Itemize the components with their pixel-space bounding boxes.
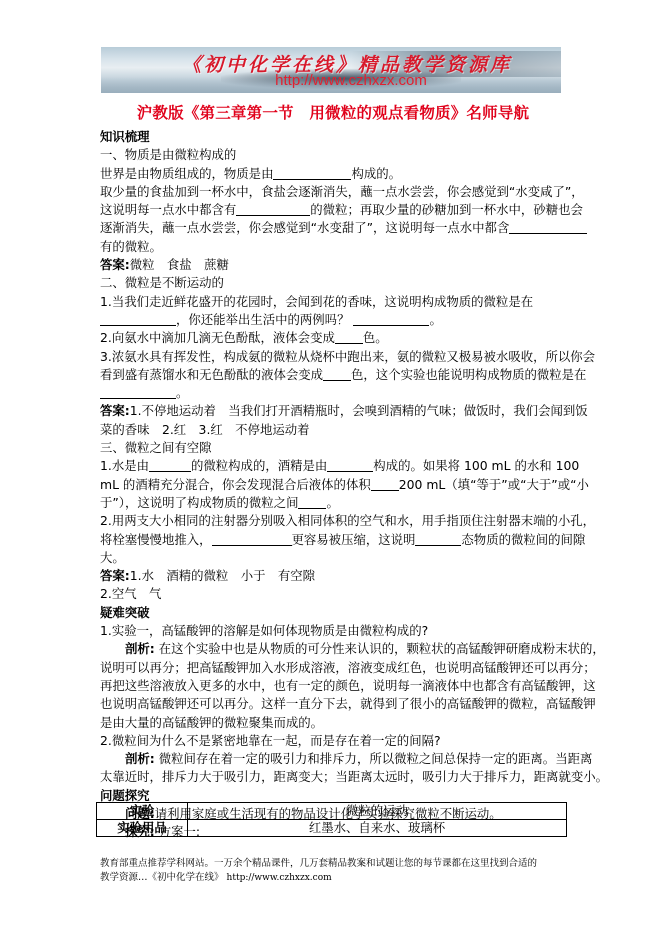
- analysis-line: 是由大量的高锰酸钾的微粒聚集而成的。: [100, 714, 570, 732]
- table-key-cell: 实验用品: [97, 820, 188, 837]
- paragraph-line: 2.向氨水中滴加几滴无色酚酞，液体会变成色。: [100, 329, 570, 347]
- fill-blank[interactable]: [149, 458, 191, 472]
- paragraph-line: 。: [100, 384, 570, 402]
- text: 在这个实验中也是从物质的可分性来认识的，颗粒状的高锰酸钾研磨成粉末状的，: [155, 641, 605, 656]
- text: 构成的。: [351, 166, 401, 181]
- table-row: 实验 微粒的运动: [97, 803, 567, 820]
- text: 200 mL（填“等于”或“大于”或“小: [399, 477, 589, 492]
- fill-blank[interactable]: [509, 220, 587, 234]
- analysis-label: 剖析:: [125, 641, 155, 656]
- fill-blank[interactable]: [100, 385, 176, 399]
- text: 色。: [363, 330, 388, 345]
- paragraph-line: mL 的酒精充分混合，你会发现混合后液体的体积200 mL（填“等于”或“大于”…: [100, 476, 570, 494]
- section-heading-knowledge: 知识梳理: [100, 128, 570, 146]
- experiment-table: 实验 微粒的运动 实验用品 红墨水、自来水、玻璃杯: [96, 802, 567, 837]
- text: 构成的。如果将 100 mL 的水和 100: [373, 458, 579, 473]
- subheading-2: 二、微粒是不断运动的: [100, 274, 570, 292]
- fill-blank[interactable]: [327, 458, 373, 472]
- answer-text: 微粒 食盐 蔗糖: [130, 257, 229, 272]
- text: 的微粒构成的，酒精是由: [191, 458, 327, 473]
- paragraph-line: 3.浓氨水具有挥发性，构成氨的微粒从烧杯中跑出来，氨的微粒又极易被水吸收，所以你…: [100, 348, 570, 366]
- page-footer: 教育部重点推荐学科网站。一万余个精品课件，几万套精品教案和试题让您的每节课都在这…: [100, 857, 570, 885]
- analysis-line: 剖析: 在这个实验中也是从物质的可分性来认识的，颗粒状的高锰酸钾研磨成粉末状的，: [100, 640, 570, 658]
- text: 更容易被压缩，这说明: [292, 532, 416, 547]
- paragraph-line: 世界是由物质组成的，物质是由构成的。: [100, 165, 570, 183]
- fill-blank[interactable]: [415, 532, 461, 546]
- text: ，你还能举出生活中的两例吗？: [176, 312, 349, 327]
- document-body: 知识梳理 一、物质是由微粒构成的 世界是由物质组成的，物质是由构成的。 取少量的…: [100, 128, 570, 842]
- analysis-line: 也说明高锰酸钾还可以再分。这样一直分下去，就得到了很小的高锰酸钾的微粒，高锰酸钾: [100, 695, 570, 713]
- text: 将栓塞慢慢地推入，: [100, 532, 212, 547]
- text: 。: [429, 312, 441, 327]
- fill-blank[interactable]: [212, 532, 292, 546]
- page-title: 沪教版《第三章第一节 用微粒的观点看物质》名师导航: [96, 101, 570, 123]
- text: 1.水是由: [100, 458, 149, 473]
- text: 看到盛有蒸馏水和无色酚酞的液体会变成: [100, 367, 323, 382]
- fill-blank[interactable]: [273, 166, 351, 180]
- paragraph-line: 看到盛有蒸馏水和无色酚酞的液体会变成色，这个实验也能说明构成物质的微粒是在: [100, 366, 570, 384]
- paragraph-line: 将栓塞慢慢地推入，更容易被压缩，这说明态物质的微粒间的间隙: [100, 531, 570, 549]
- paragraph-line: 这说明每一点水中都含有的微粒；再取少量的砂糖加到一杯水中，砂糖也会: [100, 201, 570, 219]
- fill-blank[interactable]: [298, 495, 326, 509]
- subheading-1: 一、物质是由微粒构成的: [100, 146, 570, 164]
- fill-blank[interactable]: [335, 330, 363, 344]
- answer-line: 2.空气 气: [100, 585, 570, 603]
- text: 的微粒；再取少量的砂糖加到一杯水中，砂糖也会: [310, 202, 583, 217]
- analysis-line: 剖析: 微粒间存在着一定的吸引力和排斥力，所以微粒之间总保持一定的距离。当距离: [100, 750, 570, 768]
- paragraph-line: 2.用两支大小相同的注射器分别吸入相同体积的空气和水，用手指顶住注射器末端的小孔…: [100, 512, 570, 530]
- answer-label: 答案:: [100, 257, 130, 272]
- paragraph-line: ，你还能举出生活中的两例吗？。: [100, 311, 570, 329]
- text: 。: [326, 495, 338, 510]
- table-value-cell: 微粒的运动: [188, 803, 567, 820]
- answer-label: 答案:: [100, 568, 130, 583]
- text: 这说明每一点水中都含有: [100, 202, 236, 217]
- answer-line: 答案:1.不停地运动着 当我们打开酒精瓶时，会嗅到酒精的气味；做饭时，我们会闻到…: [100, 402, 570, 420]
- text: 态物质的微粒间的间隙: [461, 532, 585, 547]
- text: mL 的酒精充分混合，你会发现混合后液体的体积: [100, 477, 371, 492]
- fill-blank[interactable]: [236, 202, 310, 216]
- document-page: 《初中化学在线》精品教学资源库 http://www.czhxzx.com 沪教…: [0, 0, 661, 935]
- analysis-label: 剖析:: [125, 751, 155, 766]
- footer-text: 教学资源…《初中化学在线》: [100, 872, 224, 883]
- text: 。: [176, 385, 188, 400]
- table-key-cell: 实验: [97, 803, 188, 820]
- subheading-3: 三、微粒之间有空隙: [100, 439, 570, 457]
- analysis-line: 太靠近时，排斥力大于吸引力，距离变大；当距离太远时，吸引力大于排斥力，距离就变小…: [100, 768, 570, 786]
- text: 于”），这说明了构成物质的微粒之间: [100, 495, 298, 510]
- paragraph-line: 于”），这说明了构成物质的微粒之间。: [100, 494, 570, 512]
- paragraph-line: 1.水是由的微粒构成的，酒精是由构成的。如果将 100 mL 的水和 100: [100, 457, 570, 475]
- footer-line: 教育部重点推荐学科网站。一万余个精品课件，几万套精品教案和试题让您的每节课都在这…: [100, 857, 570, 871]
- site-banner: 《初中化学在线》精品教学资源库 http://www.czhxzx.com: [101, 47, 561, 93]
- paragraph-line: 1.当我们走近鲜花盛开的花园时，会闻到花的香味，这说明构成物质的微粒是在: [100, 293, 570, 311]
- paragraph-line: 逐渐消失，蘸一点水尝尝，你会感觉到“水变甜了”，这说明每一点水中都含: [100, 219, 570, 237]
- question-line: 2.微粒间为什么不是紧密地靠在一起，而是存在着一定的间隔?: [100, 732, 570, 750]
- text: 逐渐消失，蘸一点水尝尝，你会感觉到“水变甜了”，这说明每一点水中都含: [100, 220, 509, 235]
- banner-url[interactable]: http://www.czhxzx.com: [251, 72, 451, 89]
- answer-text: 1.不停地运动着 当我们打开酒精瓶时，会嗅到酒精的气味；做饭时，我们会闻到饭: [130, 403, 588, 418]
- analysis-line: 说明可以再分；把高锰酸钾加入水形成溶液，溶液变成红色，也说明高锰酸钾还可以再分；: [100, 659, 570, 677]
- answer-line: 菜的香味 2.红 3.红 不停地运动着: [100, 421, 570, 439]
- paragraph-line: 取少量的食盐加到一杯水中，食盐会逐渐消失，蘸一点水尝尝，你会感觉到“水变咸了”，: [100, 183, 570, 201]
- fill-blank[interactable]: [323, 367, 351, 381]
- section-heading-difficulty: 疑难突破: [100, 604, 570, 622]
- paragraph-line: 有的微粒。: [100, 238, 570, 256]
- fill-blank[interactable]: [371, 477, 399, 491]
- answer-label: 答案:: [100, 403, 130, 418]
- paragraph-line: 大。: [100, 549, 570, 567]
- table-value-cell: 红墨水、自来水、玻璃杯: [188, 820, 567, 837]
- footer-line: 教学资源…《初中化学在线》 http://www.czhxzx.com: [100, 871, 570, 885]
- text: 色，这个实验也能说明构成物质的微粒是在: [351, 367, 586, 382]
- analysis-line: 再把这些溶液放入更多的水中，也有一定的颜色，说明每一滴液体中也都含有高锰酸钾，这: [100, 677, 570, 695]
- table-row: 实验用品 红墨水、自来水、玻璃杯: [97, 820, 567, 837]
- answer-line: 答案:微粒 食盐 蔗糖: [100, 256, 570, 274]
- question-line: 1.实验一，高锰酸钾的溶解是如何体现物质是由微粒构成的?: [100, 622, 570, 640]
- fill-blank[interactable]: [353, 312, 429, 326]
- fill-blank[interactable]: [100, 312, 176, 326]
- text: 2.向氨水中滴加几滴无色酚酞，液体会变成: [100, 330, 335, 345]
- text: 微粒间存在着一定的吸引力和排斥力，所以微粒之间总保持一定的距离。当距离: [155, 751, 593, 766]
- answer-text: 1.水 酒精的微粒 小于 有空隙: [130, 568, 315, 583]
- answer-line: 答案:1.水 酒精的微粒 小于 有空隙: [100, 567, 570, 585]
- text: 世界是由物质组成的，物质是由: [100, 166, 273, 181]
- footer-link[interactable]: http://www.czhxzx.com: [227, 873, 332, 883]
